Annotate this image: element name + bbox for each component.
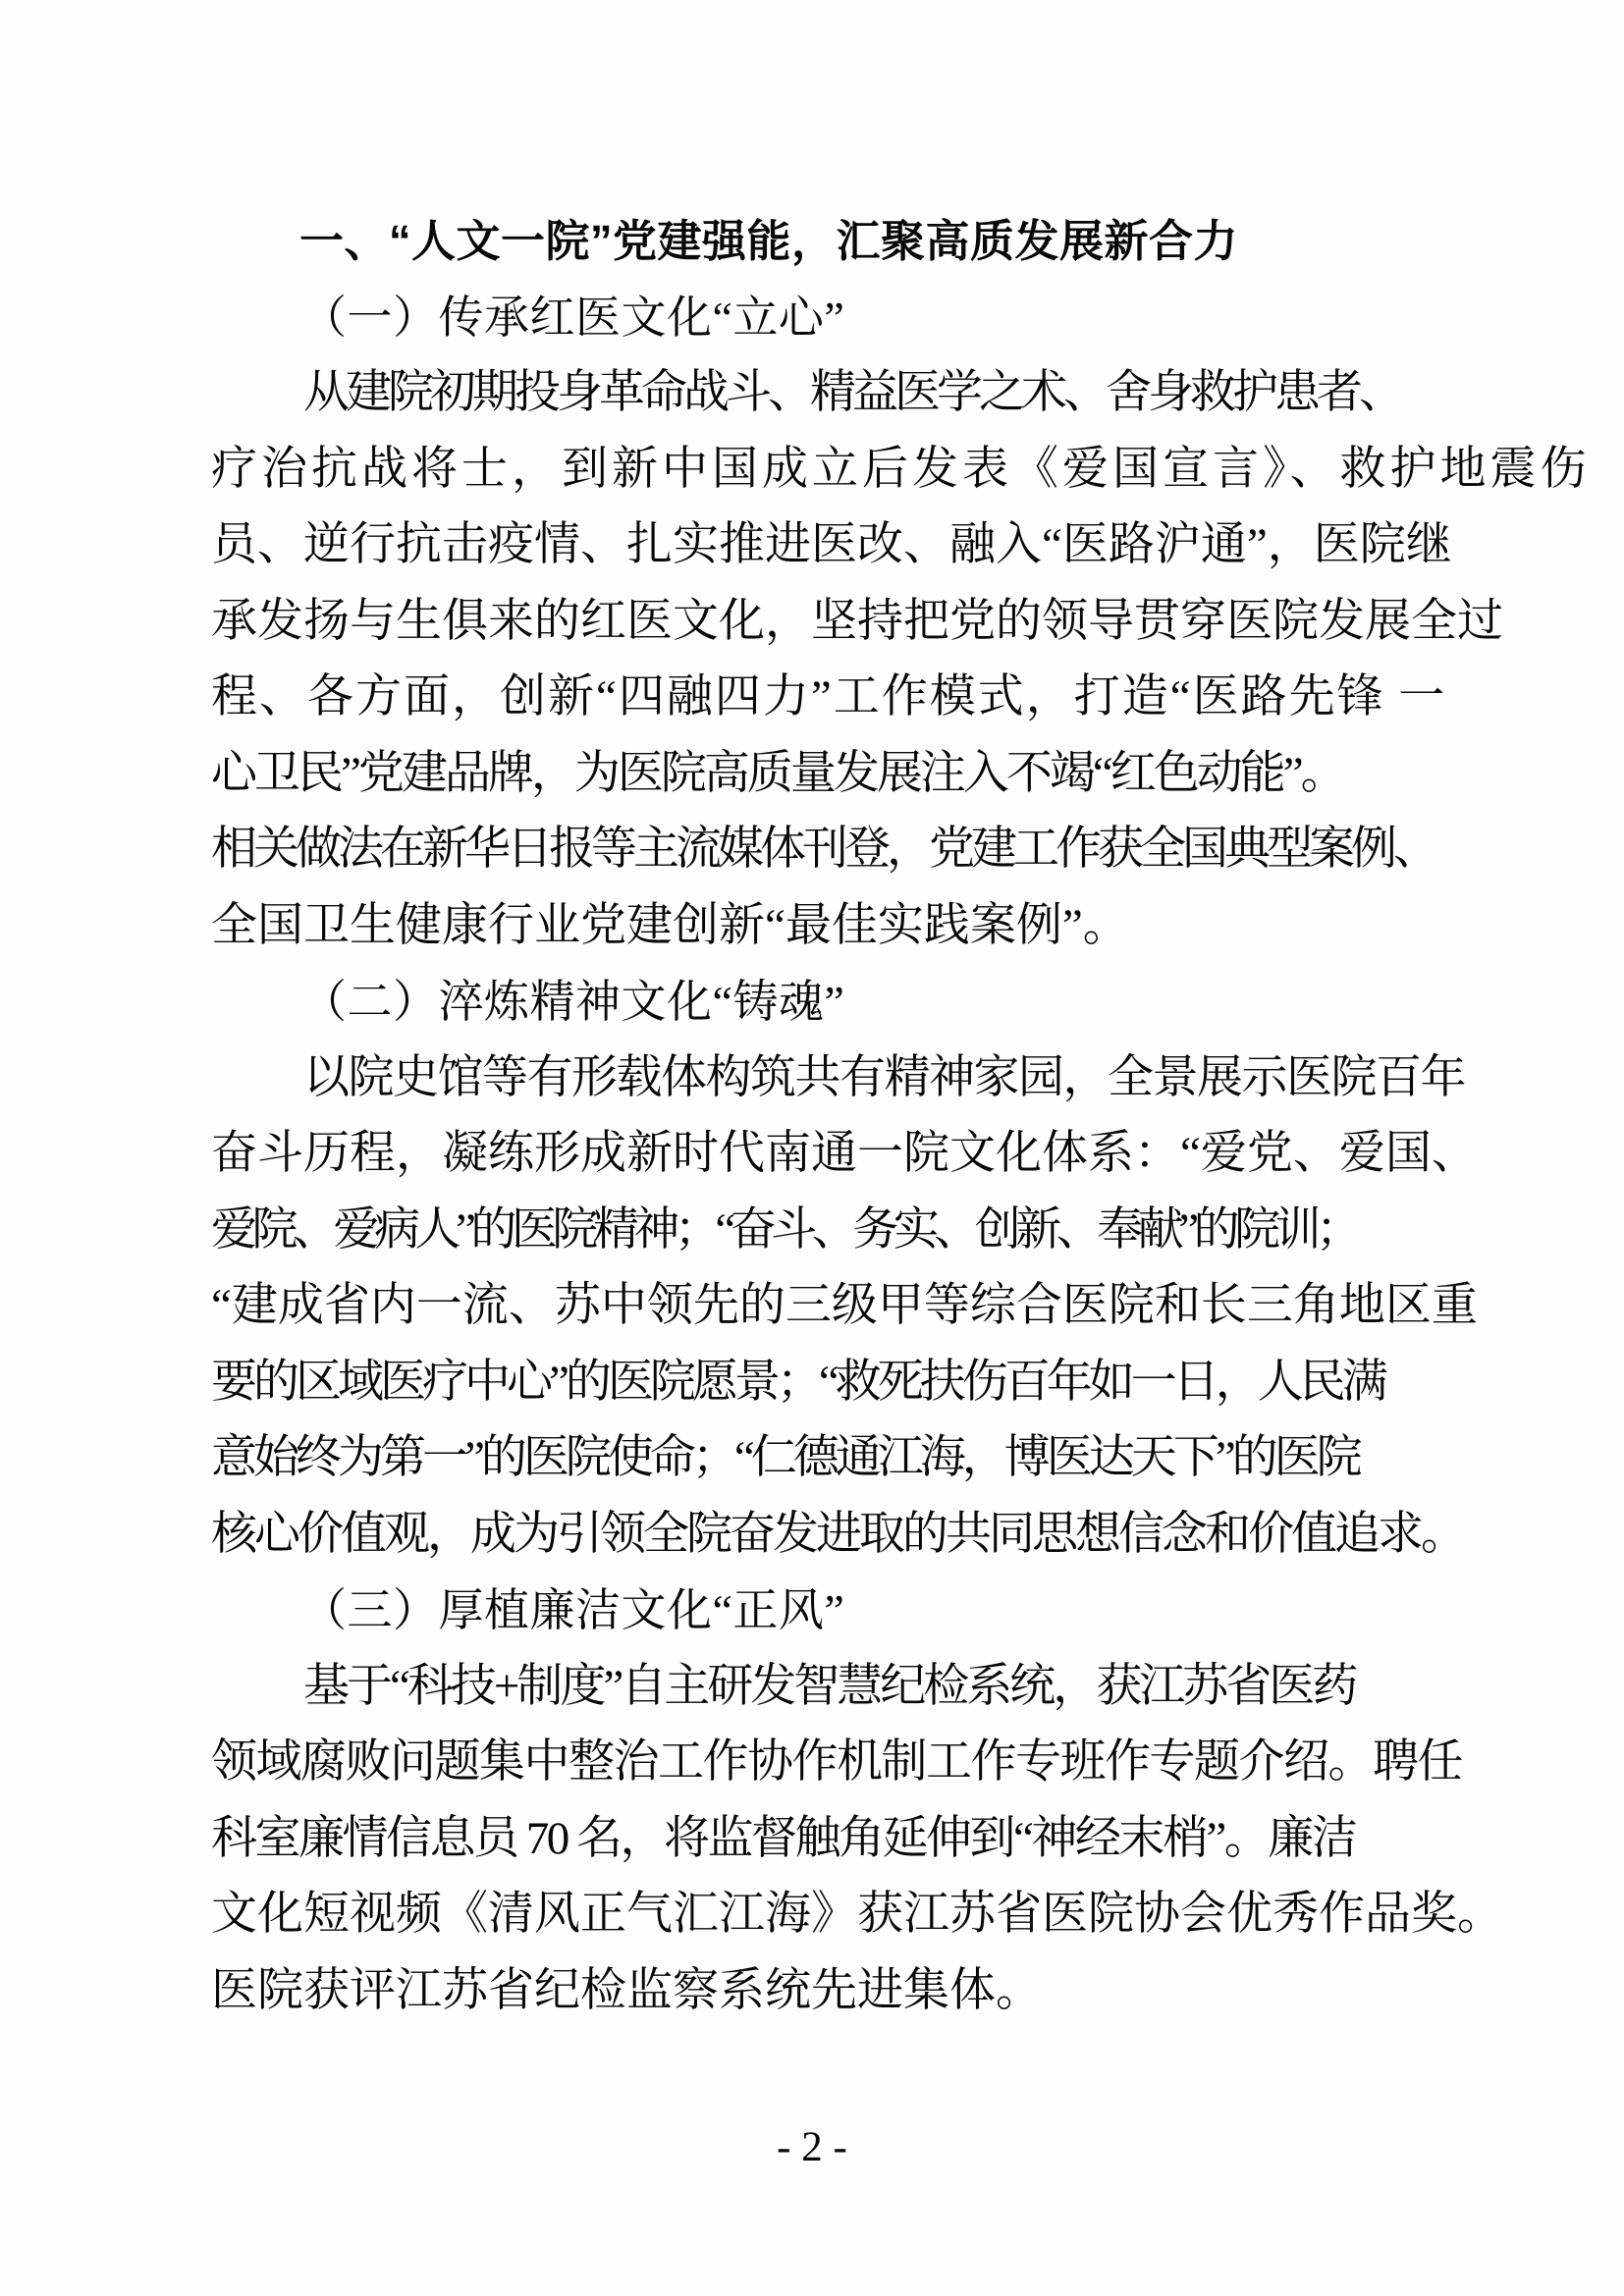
body-line: 领域腐败问题集中整治工作协作机制工作专班作专题介绍。聘任 <box>211 1725 1421 1801</box>
body-line: 程、各方面，创新“四融四力”工作模式，打造“医路先锋 一 <box>211 660 1421 736</box>
body-line: 员、逆行抗击疫情、扎实推进医改、融入“医路沪通”，医院继 <box>211 507 1421 584</box>
subsection-heading-3: （三）厚植廉洁文化“正风” <box>211 1573 1421 1649</box>
body-line: 科室廉情信息员 70 名，将监督触角延伸到“神经末梢”。廉洁 <box>211 1801 1421 1878</box>
body-line: 奋斗历程，凝练形成新时代南通一院文化体系：“爱党、爱国、 <box>211 1116 1421 1193</box>
body-line: “建成省内一流、苏中领先的三级甲等综合医院和长三角地区重 <box>211 1268 1421 1345</box>
body-line: 要的区域医疗中心”的医院愿景；“救死扶伤百年如一日，人民满 <box>211 1345 1421 1421</box>
subsection-heading-2: （二）淬炼精神文化“铸魂” <box>211 964 1421 1041</box>
body-line: 以院史馆等有形载体构筑共有精神家园，全景展示医院百年 <box>211 1041 1421 1117</box>
document-page: 一、“人文一院”党建强能，汇聚高质发展新合力 （一）传承红医文化“立心” 从建院… <box>0 0 1624 2296</box>
subsection-heading-1: （一）传承红医文化“立心” <box>211 280 1421 356</box>
body-line: 基于“科技+制度”自主研发智慧纪检系统，获江苏省医药 <box>211 1649 1421 1726</box>
body-line: 文化短视频《清风正气汇江海》获江苏省医院协会优秀作品奖。 <box>211 1877 1421 1953</box>
body-line: 意始终为第一”的医院使命；“仁德通江海，博医达天下”的医院 <box>211 1420 1421 1497</box>
doc-title: 一、“人文一院”党建强能，汇聚高质发展新合力 <box>211 203 1421 280</box>
body-line: 医院获评江苏省纪检监察系统先进集体。 <box>211 1953 1421 2030</box>
body-line: 核心价值观，成为引领全院奋发进取的共同思想信念和价值追求。 <box>211 1497 1421 1574</box>
body-line: 承发扬与生俱来的红医文化，坚持把党的领导贯穿医院发展全过 <box>211 584 1421 661</box>
body-line: 全国卫生健康行业党建创新“最佳实践案例”。 <box>211 888 1421 965</box>
page-number: - 2 - <box>0 2118 1624 2177</box>
body-line: 从建院初期投身革命战斗、精益医学之术、舍身救护患者、 <box>211 355 1421 432</box>
document-body: 一、“人文一院”党建强能，汇聚高质发展新合力 （一）传承红医文化“立心” 从建院… <box>211 203 1421 2029</box>
body-line: 相关做法在新华日报等主流媒体刊登，党建工作获全国典型案例、 <box>211 812 1421 888</box>
body-line: 爱院、爱病人”的医院精神；“奋斗、务实、创新、奉献”的院训； <box>211 1193 1421 1269</box>
body-line: 心卫民”党建品牌，为医院高质量发展注入不竭“红色动能”。 <box>211 736 1421 813</box>
body-line: 疗治抗战将士，到新中国成立后发表《爱国宣言》、救护地震伤 <box>211 432 1421 508</box>
